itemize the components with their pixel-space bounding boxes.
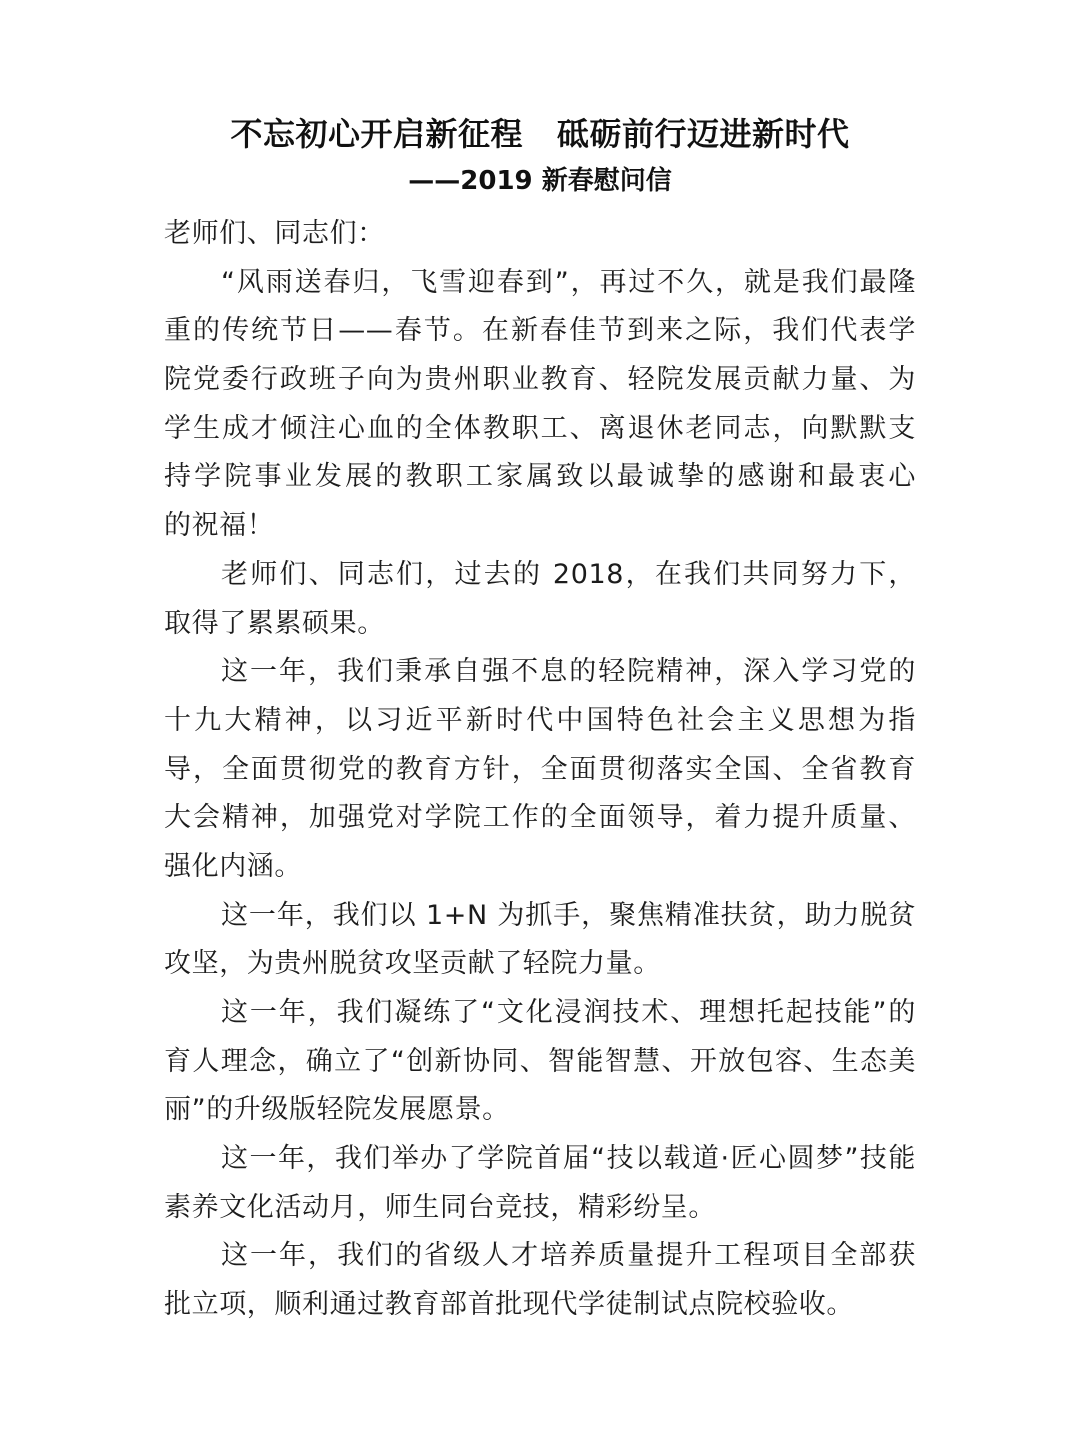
document-title: 不忘初心开启新征程砥砺前行迈进新时代 bbox=[0, 112, 1080, 156]
paragraph-3-line-5: 强化内涵。 bbox=[164, 843, 916, 892]
paragraph-4-line-2: 攻坚，为贵州脱贫攻坚贡献了轻院力量。 bbox=[164, 940, 916, 989]
letter-body: 老师们、同志们： “风雨送春归，飞雪迎春到”，再过不久，就是我们最隆 重的传统节… bbox=[164, 210, 916, 1330]
paragraph-4-line-1: 这一年，我们以 1+N 为抓手，聚焦精准扶贫，助力脱贫 bbox=[164, 892, 916, 941]
paragraph-6-line-1: 这一年，我们举办了学院首届“技以载道·匠心圆梦”技能 bbox=[164, 1135, 916, 1184]
paragraph-6-line-2: 素养文化活动月，师生同台竞技，精彩纷呈。 bbox=[164, 1184, 916, 1233]
salutation: 老师们、同志们： bbox=[164, 210, 916, 259]
title-part-1: 不忘初心开启新征程 bbox=[230, 115, 523, 153]
paragraph-5-line-2: 育人理念，确立了“创新协同、智能智慧、开放包容、生态美 bbox=[164, 1038, 916, 1087]
paragraph-1-line-4: 学生成才倾注心血的全体教职工、离退休老同志，向默默支 bbox=[164, 405, 916, 454]
paragraph-7-line-1: 这一年，我们的省级人才培养质量提升工程项目全部获 bbox=[164, 1232, 916, 1281]
paragraph-3-line-3: 导，全面贯彻党的教育方针，全面贯彻落实全国、全省教育 bbox=[164, 746, 916, 795]
paragraph-3-line-4: 大会精神，加强党对学院工作的全面领导，着力提升质量、 bbox=[164, 794, 916, 843]
paragraph-7-line-2: 批立项，顺利通过教育部首批现代学徒制试点院校验收。 bbox=[164, 1281, 916, 1330]
paragraph-1-line-3: 院党委行政班子向为贵州职业教育、轻院发展贡献力量、为 bbox=[164, 356, 916, 405]
paragraph-3-line-2: 十九大精神，以习近平新时代中国特色社会主义思想为指 bbox=[164, 697, 916, 746]
paragraph-2-line-2: 取得了累累硕果。 bbox=[164, 600, 916, 649]
paragraph-1-line-5: 持学院事业发展的教职工家属致以最诚挚的感谢和最衷心 bbox=[164, 453, 916, 502]
paragraph-3-line-1: 这一年，我们秉承自强不息的轻院精神，深入学习党的 bbox=[164, 648, 916, 697]
document-subtitle: ——2019 新春慰问信 bbox=[0, 163, 1080, 199]
paragraph-1-line-6: 的祝福！ bbox=[164, 502, 916, 551]
paragraph-1-line-2: 重的传统节日——春节。在新春佳节到来之际，我们代表学 bbox=[164, 307, 916, 356]
document-page: 不忘初心开启新征程砥砺前行迈进新时代 ——2019 新春慰问信 老师们、同志们：… bbox=[0, 0, 1080, 1441]
title-part-2: 砥砺前行迈进新时代 bbox=[557, 115, 850, 153]
paragraph-1-line-1: “风雨送春归，飞雪迎春到”，再过不久，就是我们最隆 bbox=[164, 259, 916, 308]
paragraph-5-line-3: 丽”的升级版轻院发展愿景。 bbox=[164, 1086, 916, 1135]
paragraph-2-line-1: 老师们、同志们，过去的 2018，在我们共同努力下， bbox=[164, 551, 916, 600]
paragraph-5-line-1: 这一年，我们凝练了“文化浸润技术、理想托起技能”的 bbox=[164, 989, 916, 1038]
